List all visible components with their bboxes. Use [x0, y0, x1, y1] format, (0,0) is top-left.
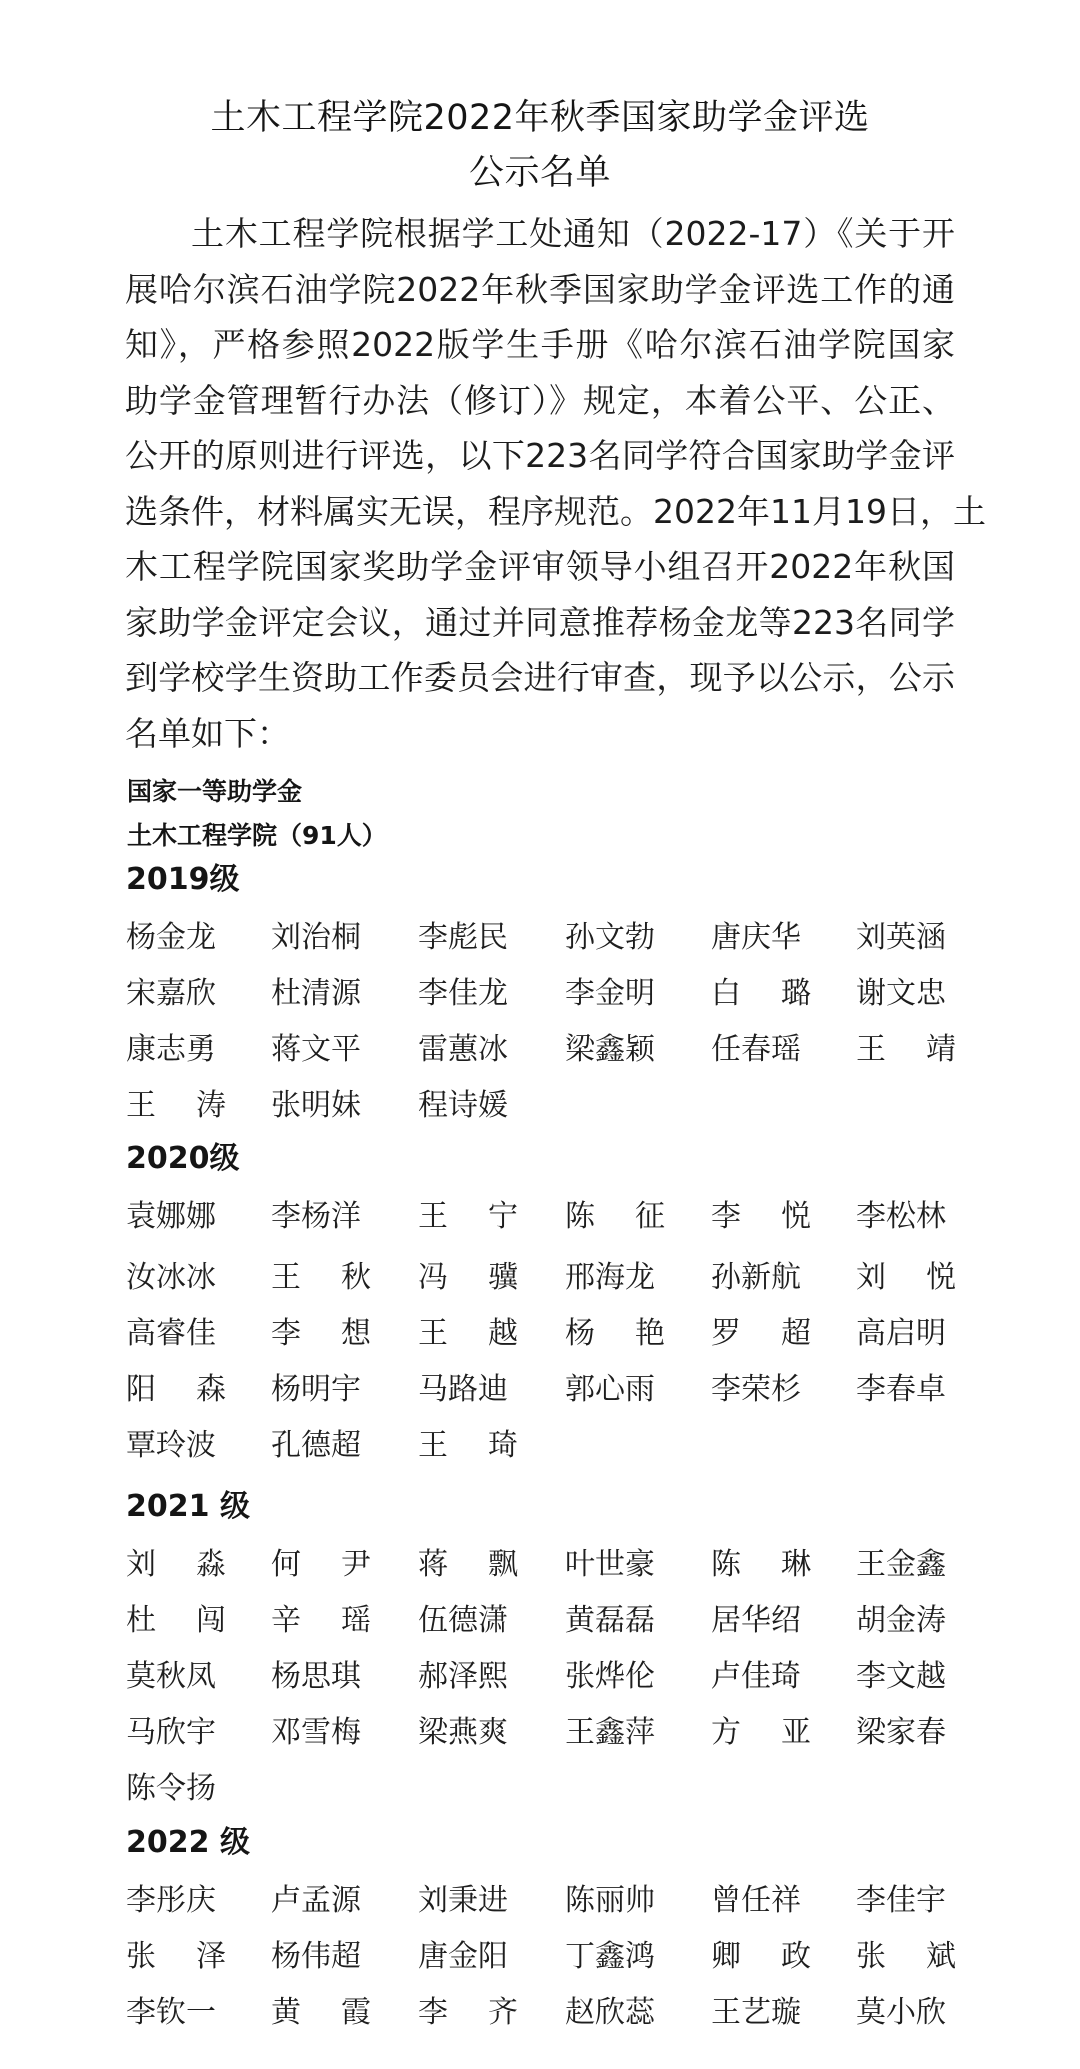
student-name: 李松林	[856, 1197, 956, 1237]
student-name: 刘悦	[856, 1258, 956, 1298]
grade-heading: 2021 级	[126, 1489, 250, 1525]
names-row: 高睿佳李想王越杨艳罗超高启明	[126, 1314, 966, 1354]
names-row: 袁娜娜李杨洋王宁陈征李悦李松林	[126, 1197, 966, 1237]
document-page: 土木工程学院2022年秋季国家助学金评选 公示名单 土木工程学院根据学工处通知（…	[0, 0, 1080, 2069]
student-name: 王靖	[856, 1030, 956, 1070]
student-name: 邢海龙	[565, 1258, 665, 1298]
college-heading: 土木工程学院（91人）	[127, 820, 387, 852]
paragraph-line: 到学校学生资助工作委员会进行审查，现予以公示，公示	[125, 650, 955, 706]
names-row: 宋嘉欣杜清源李佳龙李金明白璐谢文忠	[126, 974, 966, 1014]
student-name: 杨思琪	[271, 1657, 371, 1697]
names-row: 马欣宇邓雪梅梁燕爽王鑫萍方亚梁家春	[126, 1713, 966, 1753]
intro-paragraph: 土木工程学院根据学工处通知（2022-17）《关于开 展哈尔滨石油学院2022年…	[125, 206, 955, 761]
student-name: 杜清源	[271, 974, 371, 1014]
student-name: 康志勇	[126, 1030, 226, 1070]
names-row: 杨金龙刘治桐李彪民孙文勃唐庆华刘英涵	[126, 918, 966, 958]
student-name: 李佳宇	[856, 1881, 956, 1921]
student-name: 张烨伦	[565, 1657, 665, 1697]
student-name: 孙新航	[711, 1258, 811, 1298]
student-name: 高睿佳	[126, 1314, 226, 1354]
student-name: 杨金龙	[126, 918, 226, 958]
student-name: 程诗媛	[418, 1086, 518, 1126]
student-name: 杜闯	[126, 1601, 226, 1641]
names-row: 康志勇蒋文平雷蕙冰梁鑫颖任春瑶王靖	[126, 1030, 966, 1070]
student-name: 伍德潇	[418, 1601, 518, 1641]
student-name: 梁燕爽	[418, 1713, 518, 1753]
student-name: 任春瑶	[711, 1030, 811, 1070]
student-name: 王涛	[126, 1086, 226, 1126]
student-name: 谢文忠	[856, 974, 956, 1014]
names-row: 杜闯辛瑶伍德潇黄磊磊居华绍胡金涛	[126, 1601, 966, 1641]
names-row: 阳森杨明宇马路迪郭心雨李荣杉李春卓	[126, 1370, 966, 1410]
student-name: 居华绍	[711, 1601, 811, 1641]
student-name: 王宁	[418, 1197, 518, 1237]
student-name: 李悦	[711, 1197, 811, 1237]
grade-heading: 2022 级	[126, 1825, 250, 1861]
student-name: 邓雪梅	[271, 1713, 371, 1753]
student-name: 张泽	[126, 1937, 226, 1977]
paragraph-line: 木工程学院国家奖助学金评审领导小组召开2022年秋国	[125, 539, 955, 595]
student-name: 陈令扬	[126, 1769, 226, 1809]
student-name: 刘治桐	[271, 918, 371, 958]
student-name: 杨明宇	[271, 1370, 371, 1410]
student-name: 李钦一	[126, 1993, 226, 2033]
student-name: 汝冰冰	[126, 1258, 226, 1298]
student-name: 王艺璇	[711, 1993, 811, 2033]
student-name: 蒋文平	[271, 1030, 371, 1070]
student-name: 刘英涵	[856, 918, 956, 958]
names-row: 张泽杨伟超唐金阳丁鑫鸿卿政张斌	[126, 1937, 966, 1977]
paragraph-line: 展哈尔滨石油学院2022年秋季国家助学金评选工作的通	[125, 262, 955, 318]
names-row: 王涛张明妹程诗媛	[126, 1086, 966, 1126]
grade-heading: 2020级	[126, 1141, 240, 1177]
paragraph-line: 土木工程学院根据学工处通知（2022-17）《关于开	[125, 206, 955, 262]
student-name: 李文越	[856, 1657, 956, 1697]
names-row: 李钦一黄霞李齐赵欣蕊王艺璇莫小欣	[126, 1993, 966, 2033]
student-name: 黄霞	[271, 1993, 371, 2033]
student-name: 郝泽熙	[418, 1657, 518, 1697]
student-name: 孔德超	[271, 1426, 371, 1466]
student-name: 卢孟源	[271, 1881, 371, 1921]
student-name: 杨伟超	[271, 1937, 371, 1977]
student-name: 雷蕙冰	[418, 1030, 518, 1070]
student-name: 卿政	[711, 1937, 811, 1977]
student-name: 蒋飘	[418, 1545, 518, 1585]
paragraph-line: 家助学金评定会议，通过并同意推荐杨金龙等223名同学	[125, 595, 955, 651]
student-name: 王秋	[271, 1258, 371, 1298]
paragraph-line: 名单如下：	[125, 706, 955, 762]
paragraph-line: 公开的原则进行评选，以下223名同学符合国家助学金评	[125, 428, 955, 484]
student-name: 李荣杉	[711, 1370, 811, 1410]
student-name: 白璐	[711, 974, 811, 1014]
student-name: 莫秋凤	[126, 1657, 226, 1697]
names-row: 李彤庆卢孟源刘秉进陈丽帅曾任祥李佳宇	[126, 1881, 966, 1921]
paragraph-line: 选条件，材料属实无误，程序规范。2022年11月19日，土	[125, 484, 955, 540]
student-name: 陈征	[565, 1197, 665, 1237]
student-name: 梁家春	[856, 1713, 956, 1753]
award-level-heading: 国家一等助学金	[127, 776, 302, 808]
student-name: 张斌	[856, 1937, 956, 1977]
student-name: 刘秉进	[418, 1881, 518, 1921]
names-row: 莫秋凤杨思琪郝泽熙张烨伦卢佳琦李文越	[126, 1657, 966, 1697]
student-name: 李齐	[418, 1993, 518, 2033]
document-title: 土木工程学院2022年秋季国家助学金评选	[0, 98, 1080, 138]
names-row: 刘淼何尹蒋飘叶世豪陈琳王金鑫	[126, 1545, 966, 1585]
student-name: 王金鑫	[856, 1545, 956, 1585]
student-name: 方亚	[711, 1713, 811, 1753]
student-name: 王越	[418, 1314, 518, 1354]
names-row: 陈令扬	[126, 1769, 966, 1809]
student-name: 辛瑶	[271, 1601, 371, 1641]
student-name: 叶世豪	[565, 1545, 665, 1585]
student-name: 梁鑫颖	[565, 1030, 665, 1070]
student-name: 刘淼	[126, 1545, 226, 1585]
student-name: 李金明	[565, 974, 665, 1014]
student-name: 王鑫萍	[565, 1713, 665, 1753]
student-name: 李杨洋	[271, 1197, 371, 1237]
student-name: 孙文勃	[565, 918, 665, 958]
document-subtitle: 公示名单	[0, 153, 1080, 193]
student-name: 唐金阳	[418, 1937, 518, 1977]
paragraph-line: 知》，严格参照2022版学生手册《哈尔滨石油学院国家	[125, 317, 955, 373]
student-name: 李春卓	[856, 1370, 956, 1410]
student-name: 莫小欣	[856, 1993, 956, 2033]
student-name: 唐庆华	[711, 918, 811, 958]
student-name: 赵欣蕊	[565, 1993, 665, 2033]
student-name: 马欣宇	[126, 1713, 226, 1753]
student-name: 覃玲波	[126, 1426, 226, 1466]
names-row: 覃玲波孔德超王琦	[126, 1426, 966, 1466]
student-name: 郭心雨	[565, 1370, 665, 1410]
student-name: 丁鑫鸿	[565, 1937, 665, 1977]
student-name: 王琦	[418, 1426, 518, 1466]
student-name: 阳森	[126, 1370, 226, 1410]
student-name: 黄磊磊	[565, 1601, 665, 1641]
student-name: 李佳龙	[418, 974, 518, 1014]
student-name: 杨艳	[565, 1314, 665, 1354]
student-name: 高启明	[856, 1314, 956, 1354]
grade-heading: 2019级	[126, 862, 240, 898]
student-name: 罗超	[711, 1314, 811, 1354]
student-name: 李想	[271, 1314, 371, 1354]
student-name: 陈琳	[711, 1545, 811, 1585]
student-name: 袁娜娜	[126, 1197, 226, 1237]
student-name: 曾任祥	[711, 1881, 811, 1921]
student-name: 冯骥	[418, 1258, 518, 1298]
student-name: 马路迪	[418, 1370, 518, 1410]
student-name: 李彤庆	[126, 1881, 226, 1921]
student-name: 李彪民	[418, 918, 518, 958]
student-name: 张明妹	[271, 1086, 371, 1126]
student-name: 何尹	[271, 1545, 371, 1585]
names-row: 汝冰冰王秋冯骥邢海龙孙新航刘悦	[126, 1258, 966, 1298]
student-name: 胡金涛	[856, 1601, 956, 1641]
paragraph-line: 助学金管理暂行办法（修订）》规定，本着公平、公正、	[125, 373, 955, 429]
student-name: 陈丽帅	[565, 1881, 665, 1921]
student-name: 宋嘉欣	[126, 974, 226, 1014]
student-name: 卢佳琦	[711, 1657, 811, 1697]
